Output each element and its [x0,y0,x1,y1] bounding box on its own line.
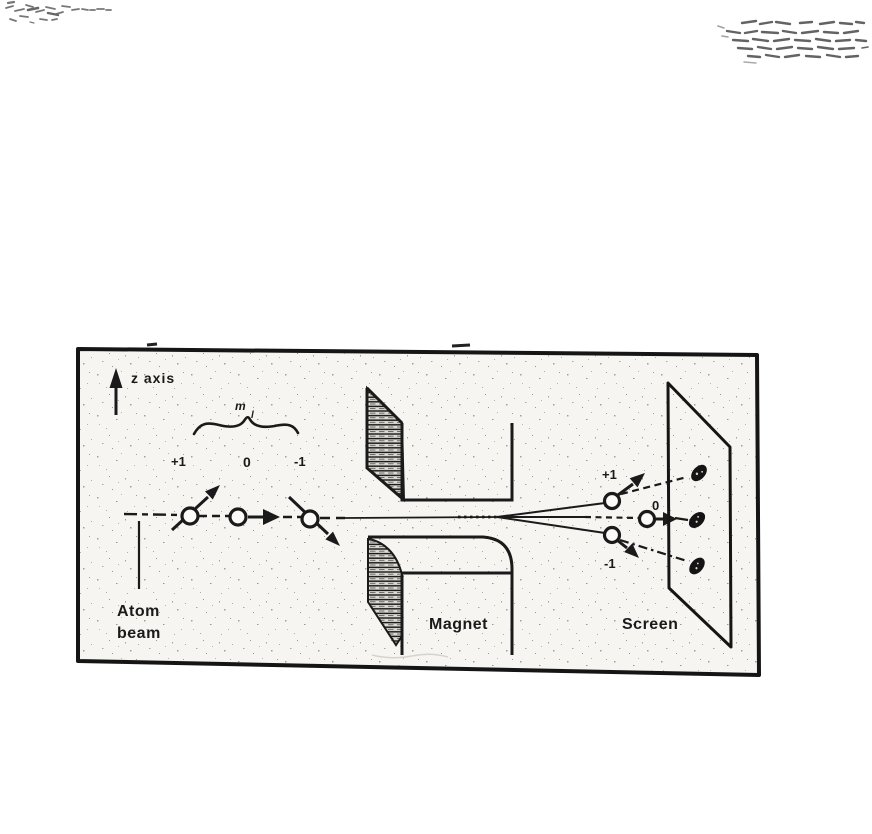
scan-mark [147,344,157,345]
screen-state-plus-label: +1 [602,467,617,482]
atom-beam-label-line2: beam [117,625,161,642]
scanned-page: z axis m l +1 0 -1 [0,0,872,834]
source-state-zero-label: 0 [243,454,251,470]
screen-state-zero-label: 0 [652,498,659,513]
l-subscript: l [251,410,254,421]
source-state-minus-label: -1 [294,454,306,469]
atom-circle [230,509,246,525]
m-symbol: m [235,399,246,413]
atom-circle [182,508,198,524]
atom-beam-label-line1: Atom [117,603,160,620]
screen-label: Screen [622,616,678,633]
source-state-plus-label: +1 [171,454,186,469]
atom-circle [605,528,620,543]
atom-circle [605,494,620,509]
beam-path-segment [345,517,497,518]
atom-circle [640,512,655,527]
stern-gerlach-figure: z axis m l +1 0 -1 [0,0,872,834]
z-axis-label: z axis [131,370,175,386]
atom-circle [302,511,318,527]
scan-mark [452,345,470,346]
screen-state-minus-label: -1 [604,556,616,571]
magnet-label: Magnet [429,616,488,633]
